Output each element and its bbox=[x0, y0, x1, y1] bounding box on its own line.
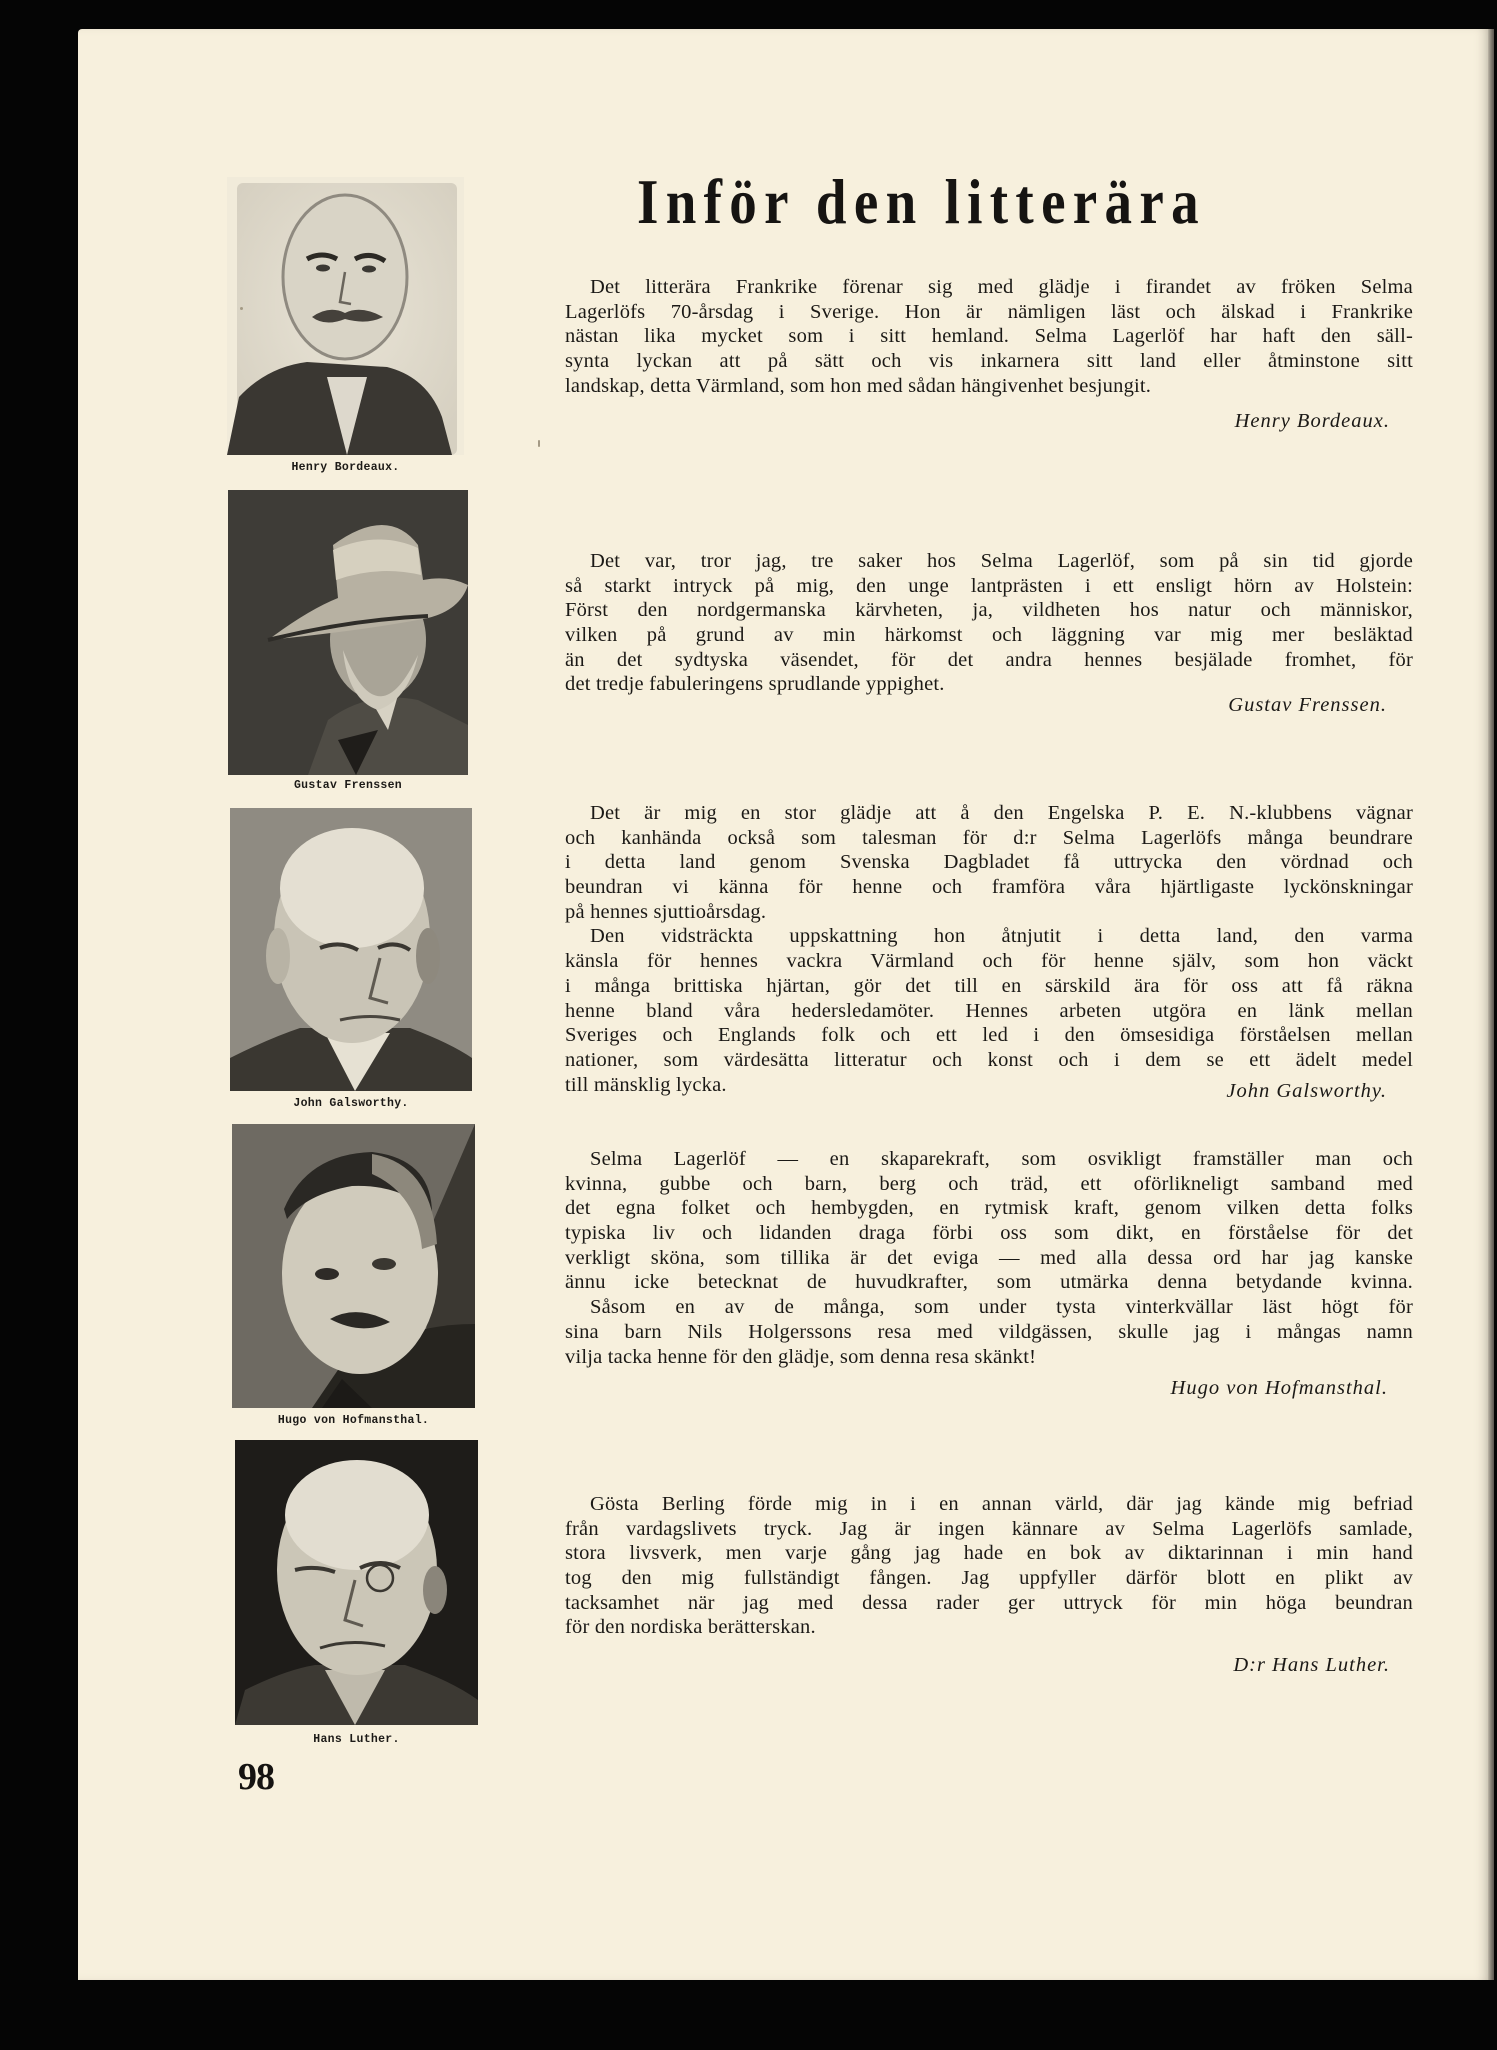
signature-gustav-frenssen: Gustav Frenssen. bbox=[1228, 694, 1387, 717]
tribute-line: Gösta Berling förde mig in i en annan vä… bbox=[565, 1492, 1413, 1517]
signature-henry-bordeaux: Henry Bordeaux. bbox=[1235, 410, 1390, 433]
tribute-line: Det litterära Frankrike förenar sig med … bbox=[565, 275, 1413, 300]
tribute-line: tacksamhet när jag med dessa rader ger u… bbox=[565, 1591, 1413, 1616]
tribute-john-galsworthy: Det är mig en stor glädje att å den Enge… bbox=[565, 801, 1413, 1097]
portrait-henry-bordeaux bbox=[227, 177, 464, 455]
tribute-line: från vardagslivets tryck. Jag är ingen k… bbox=[565, 1517, 1413, 1542]
tribute-line: och kanhända också som talesman för d:r … bbox=[565, 826, 1413, 851]
portrait-caption-hugo-von-hofmansthal: Hugo von Hofmansthal. bbox=[232, 1414, 475, 1427]
portrait-photo-icon bbox=[228, 490, 468, 775]
page-edge-shadow bbox=[1488, 29, 1494, 1980]
portrait-caption-hans-luther: Hans Luther. bbox=[235, 1733, 478, 1746]
paper-speck bbox=[240, 307, 243, 310]
tribute-line: kvinna, gubbe och barn, berg och träd, e… bbox=[565, 1172, 1413, 1197]
tribute-line: vilja tacka henne för den glädje, som de… bbox=[565, 1345, 1413, 1370]
portrait-photo-icon bbox=[227, 177, 464, 455]
signature-hugo-von-hofmansthal: Hugo von Hofmansthal. bbox=[1171, 1377, 1388, 1400]
tribute-line: det egna folket och hembygden, en rytmis… bbox=[565, 1196, 1413, 1221]
tribute-line: stora livsverk, men varje gång jag hade … bbox=[565, 1541, 1413, 1566]
tribute-hugo-von-hofmansthal: Selma Lagerlöf — en skaparekraft, som os… bbox=[565, 1147, 1413, 1369]
tribute-line: ännu icke betecknat de huvudkrafter, som… bbox=[565, 1270, 1413, 1295]
portrait-caption-john-galsworthy: John Galsworthy. bbox=[230, 1097, 472, 1110]
tribute-line: Den vidsträckta uppskattning hon åtnjuti… bbox=[565, 924, 1413, 949]
tribute-line: för den nordiska berätterskan. bbox=[565, 1615, 1413, 1640]
tribute-line: så starkt intryck på mig, den unge lantp… bbox=[565, 574, 1413, 599]
tribute-line: Lagerlöfs 70-årsdag i Sverige. Hon är nä… bbox=[565, 300, 1413, 325]
portrait-gustav-frenssen bbox=[228, 490, 468, 775]
tribute-line: henne bland våra hedersledamöter. Hennes… bbox=[565, 999, 1413, 1024]
tribute-line: typiska liv och lidanden draga förbi oss… bbox=[565, 1221, 1413, 1246]
tribute-line: sina barn Nils Holgerssons resa med vild… bbox=[565, 1320, 1413, 1345]
portrait-john-galsworthy bbox=[230, 808, 472, 1091]
portrait-caption-gustav-frenssen: Gustav Frenssen bbox=[228, 779, 468, 792]
tribute-line: Selma Lagerlöf — en skaparekraft, som os… bbox=[565, 1147, 1413, 1172]
paper-speck bbox=[538, 440, 540, 447]
tribute-line: nationer, som värdesätta litteratur och … bbox=[565, 1048, 1413, 1073]
tribute-hans-luther: Gösta Berling förde mig in i en annan vä… bbox=[565, 1492, 1413, 1640]
tribute-line: i detta land genom Svenska Dagbladet få … bbox=[565, 850, 1413, 875]
tribute-line: Först den nordgermanska kärvheten, ja, v… bbox=[565, 598, 1413, 623]
tribute-line: tog den mig fullständigt fången. Jag upp… bbox=[565, 1566, 1413, 1591]
tribute-line: på hennes sjuttioårsdag. bbox=[565, 900, 1413, 925]
tribute-line: beundran vi känna för henne och framföra… bbox=[565, 875, 1413, 900]
tribute-line: synta lyckan att på sätt och vis inkarne… bbox=[565, 349, 1413, 374]
tribute-line: känsla för hennes vackra Värmland och fö… bbox=[565, 949, 1413, 974]
signature-john-galsworthy: John Galsworthy. bbox=[1226, 1080, 1387, 1103]
signature-hans-luther: D:r Hans Luther. bbox=[1233, 1654, 1390, 1677]
tribute-line: landskap, detta Värmland, som hon med så… bbox=[565, 374, 1413, 399]
portrait-caption-henry-bordeaux: Henry Bordeaux. bbox=[227, 461, 464, 474]
tribute-line: i många brittiska hjärtan, gör det till … bbox=[565, 974, 1413, 999]
tribute-line: Såsom en av de många, som under tysta vi… bbox=[565, 1295, 1413, 1320]
tribute-line: vilken på grund av min härkomst och lägg… bbox=[565, 623, 1413, 648]
portrait-photo-icon bbox=[230, 808, 472, 1091]
tribute-line: nästan lika mycket som i sitt hemland. S… bbox=[565, 324, 1413, 349]
tribute-line: Sveriges och Englands folk och ett led i… bbox=[565, 1023, 1413, 1048]
tribute-line: Det var, tror jag, tre saker hos Selma L… bbox=[565, 549, 1413, 574]
tribute-line: verkligt sköna, som tillika är det eviga… bbox=[565, 1246, 1413, 1271]
tribute-line: Det är mig en stor glädje att å den Enge… bbox=[565, 801, 1413, 826]
portrait-photo-icon bbox=[235, 1440, 478, 1725]
portrait-hugo-von-hofmansthal bbox=[232, 1124, 475, 1408]
page-number: 98 bbox=[238, 1755, 274, 1799]
portrait-hans-luther bbox=[235, 1440, 478, 1725]
tribute-henry-bordeaux: Det litterära Frankrike förenar sig med … bbox=[565, 275, 1413, 398]
tribute-line: än det sydtyska väsendet, för det andra … bbox=[565, 648, 1413, 673]
portrait-photo-icon bbox=[232, 1124, 475, 1408]
tribute-gustav-frenssen: Det var, tror jag, tre saker hos Selma L… bbox=[565, 549, 1413, 697]
